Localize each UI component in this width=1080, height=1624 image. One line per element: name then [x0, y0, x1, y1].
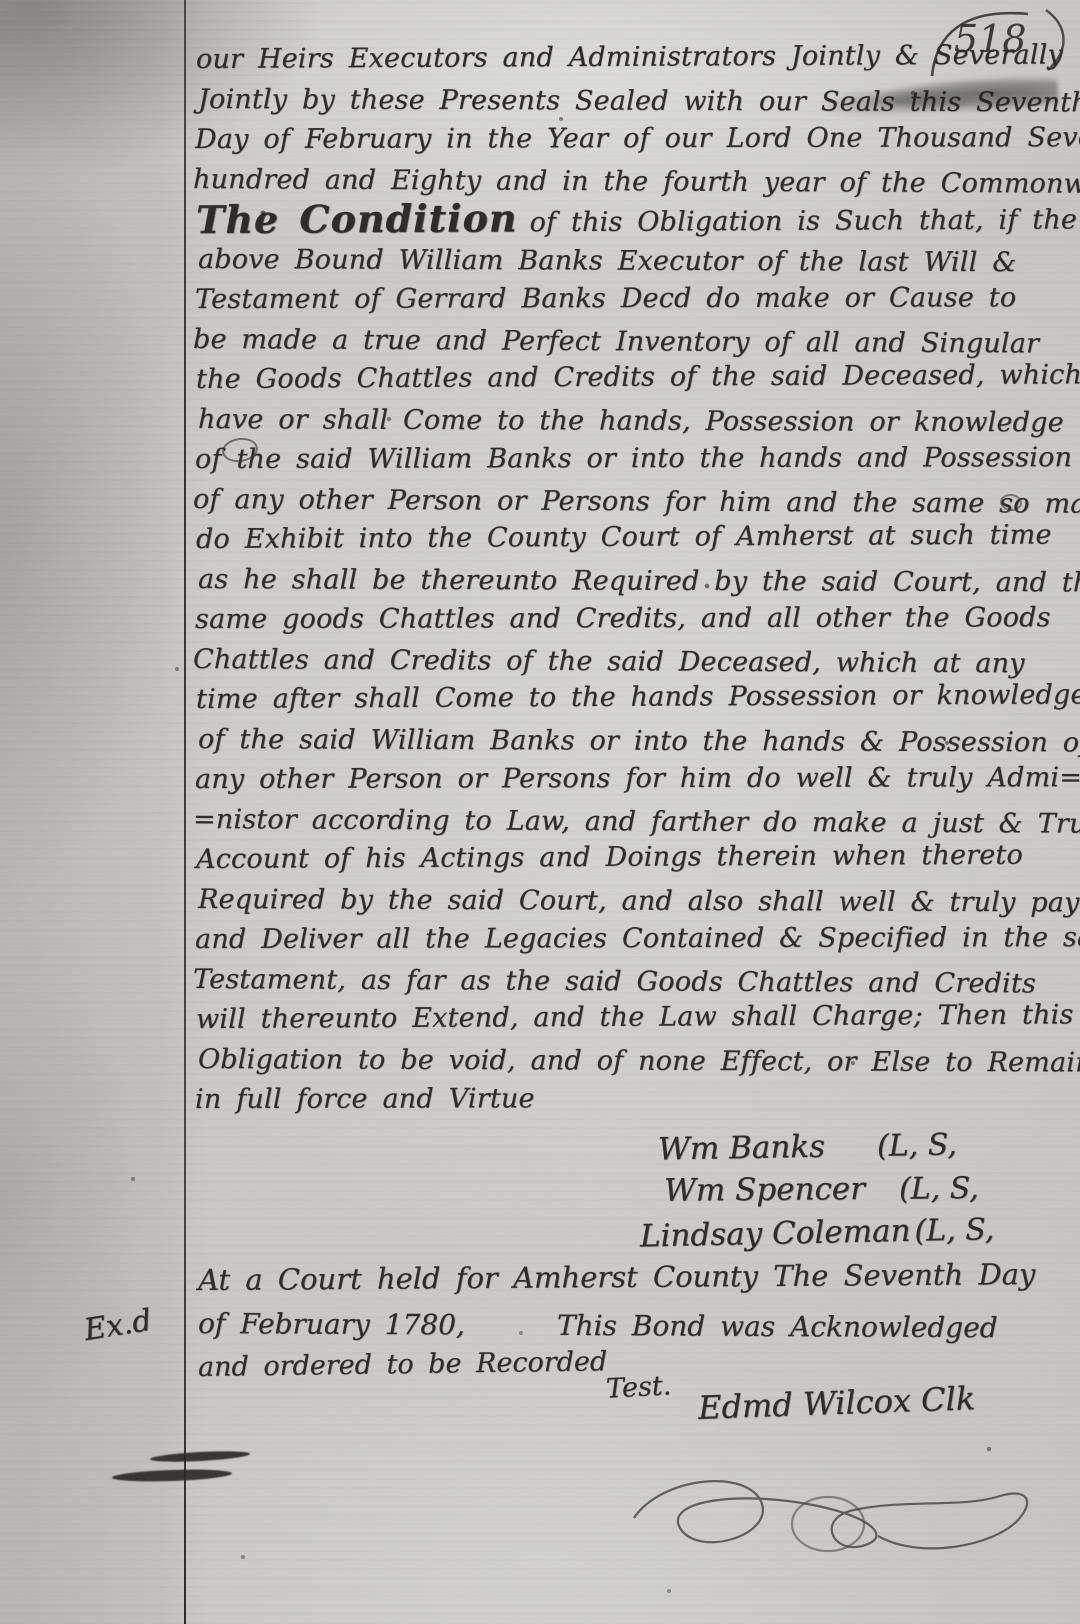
seal-mark: (L, S,	[877, 1127, 957, 1163]
manuscript-line: any other Person or Persons for him do w…	[195, 758, 1059, 800]
seal-mark: (L, S,	[914, 1212, 994, 1249]
court-record-date: of February 1780,	[198, 1307, 465, 1341]
manuscript-line: time after shall Come to the hands Posse…	[196, 675, 1060, 720]
manuscript-page: 518 our Heirs Executors and Administrato…	[0, 0, 1080, 1624]
signature-block: Wm Banks(L, S, Wm Spencer(L, S, Lindsay …	[640, 1128, 1070, 1257]
margin-dash-icon	[112, 1468, 232, 1483]
court-record-line: At a Court held for Amherst County The S…	[198, 1252, 1060, 1302]
pen-flourish-icon	[622, 1466, 1042, 1576]
signer-name: Wm Spencer	[664, 1171, 865, 1209]
condition-lead-phrase: The Condition	[196, 195, 518, 242]
signature-row: Wm Spencer(L, S,	[664, 1169, 1070, 1216]
manuscript-line: Day of February in the Year of our Lord …	[195, 118, 1059, 160]
manuscript-line: the Goods Chattles and Credits of the sa…	[196, 355, 1060, 400]
manuscript-line: Obligation to be void, and of none Effec…	[198, 1040, 1062, 1083]
manuscript-line-condition: The Conditionof this Obligation is Such …	[196, 195, 1060, 240]
manuscript-line: same goods Chattles and Credits, and all…	[195, 598, 1059, 640]
signer-name: Wm Banks	[658, 1129, 826, 1168]
manuscript-line: Required by the said Court, and also sha…	[198, 880, 1062, 923]
manuscript-line: of the said William Banks or into the ha…	[198, 720, 1062, 763]
manuscript-line: in full force and Virtue	[195, 1078, 1059, 1120]
manuscript-line: have or shall Come to the hands, Possess…	[198, 400, 1062, 443]
margin-examined-note: Ex.d	[82, 1303, 154, 1348]
manuscript-body: our Heirs Executors and Administrators J…	[196, 40, 1060, 1120]
signer-name: Lindsay Coleman	[640, 1213, 911, 1255]
manuscript-line: Testament of Gerrard Banks Decd do make …	[195, 278, 1059, 320]
attestation-label: Test.	[605, 1370, 672, 1404]
paper-specks-icon	[0, 0, 2, 2]
seal-mark: (L, S,	[899, 1171, 979, 1207]
margin-dash-icon	[150, 1449, 250, 1463]
signature-row: Wm Banks(L, S,	[658, 1124, 1071, 1174]
court-record-block: At a Court held for Amherst County The S…	[198, 1258, 1060, 1390]
manuscript-line: will thereunto Extend, and the Law shall…	[196, 995, 1060, 1040]
manuscript-line: our Heirs Executors and Administrators J…	[196, 35, 1060, 80]
vertical-margin-rule-icon	[184, 0, 186, 1624]
manuscript-line: above Bound William Banks Executor of th…	[198, 240, 1062, 283]
manuscript-line: of the said William Banks or into the ha…	[195, 438, 1059, 480]
manuscript-line: as he shall be thereunto Required by the…	[198, 560, 1062, 603]
manuscript-line: and Deliver all the Legacies Contained &…	[195, 918, 1059, 960]
condition-rest: of this Obligation is Such that, if the	[529, 204, 1077, 238]
manuscript-line: do Exhibit into the County Court of Amhe…	[196, 515, 1060, 560]
manuscript-line: Account of his Actings and Doings therei…	[196, 835, 1060, 880]
